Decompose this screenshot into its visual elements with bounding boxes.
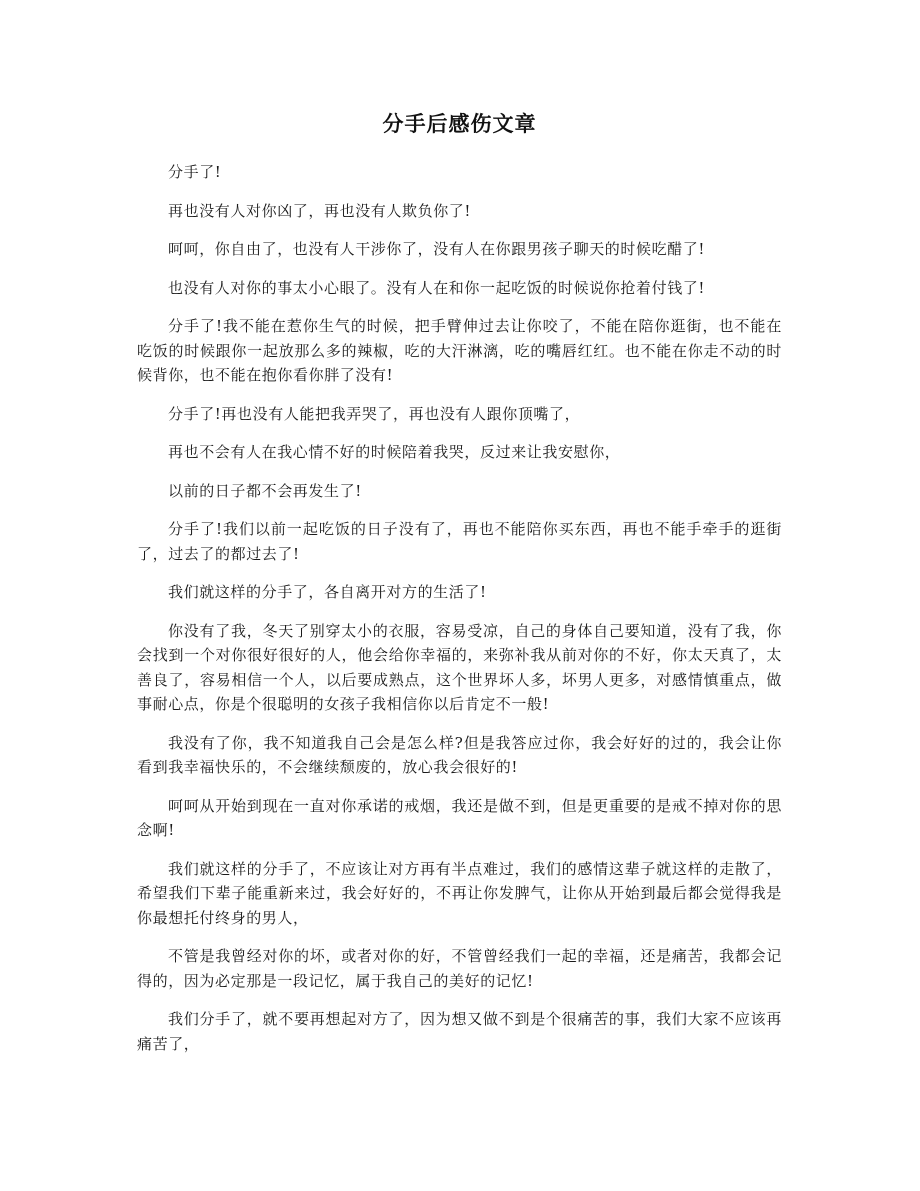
paragraph: 我们就这样的分手了，各自离开对方的生活了! (137, 580, 782, 605)
paragraph: 再也没有人对你凶了，再也没有人欺负你了! (137, 199, 782, 224)
paragraph: 分手了! (137, 160, 782, 185)
paragraph: 呵呵从开始到现在一直对你承诺的戒烟，我还是做不到，但是更重要的是戒不掉对你的思念… (137, 794, 782, 843)
paragraph: 呵呵，你自由了，也没有人干涉你了，没有人在你跟男孩子聊天的时候吃醋了! (137, 237, 782, 262)
paragraph: 以前的日子都不会再发生了! (137, 479, 782, 504)
document-page: 分手后感伤文章 分手了! 再也没有人对你凶了，再也没有人欺负你了! 呵呵，你自由… (137, 108, 782, 1070)
paragraph: 分手了!再也没有人能把我弄哭了，再也没有人跟你顶嘴了， (137, 402, 782, 427)
paragraph: 也没有人对你的事太小心眼了。没有人在和你一起吃饭的时候说你抢着付钱了! (137, 276, 782, 301)
paragraph: 我们分手了，就不要再想起对方了，因为想又做不到是个很痛苦的事，我们大家不应该再痛… (137, 1007, 782, 1056)
paragraph: 不管是我曾经对你的坏，或者对你的好，不管曾经我们一起的幸福，还是痛苦，我都会记得… (137, 944, 782, 993)
paragraph: 再也不会有人在我心情不好的时候陪着我哭，反过来让我安慰你， (137, 440, 782, 465)
document-title: 分手后感伤文章 (137, 108, 782, 138)
paragraph: 我没有了你，我不知道我自己会是怎么样?但是我答应过你，我会好好的过的，我会让你看… (137, 731, 782, 780)
paragraph: 我们就这样的分手了，不应该让对方再有半点难过，我们的感情这辈子就这样的走散了，希… (137, 857, 782, 931)
paragraph: 分手了!我不能在惹你生气的时候，把手臂伸过去让你咬了，不能在陪你逛街，也不能在吃… (137, 314, 782, 388)
paragraph: 分手了!我们以前一起吃饭的日子没有了，再也不能陪你买东西，再也不能手牵手的逛街了… (137, 517, 782, 566)
paragraph: 你没有了我，冬天了别穿太小的衣服，容易受凉，自己的身体自己要知道，没有了我，你会… (137, 619, 782, 717)
